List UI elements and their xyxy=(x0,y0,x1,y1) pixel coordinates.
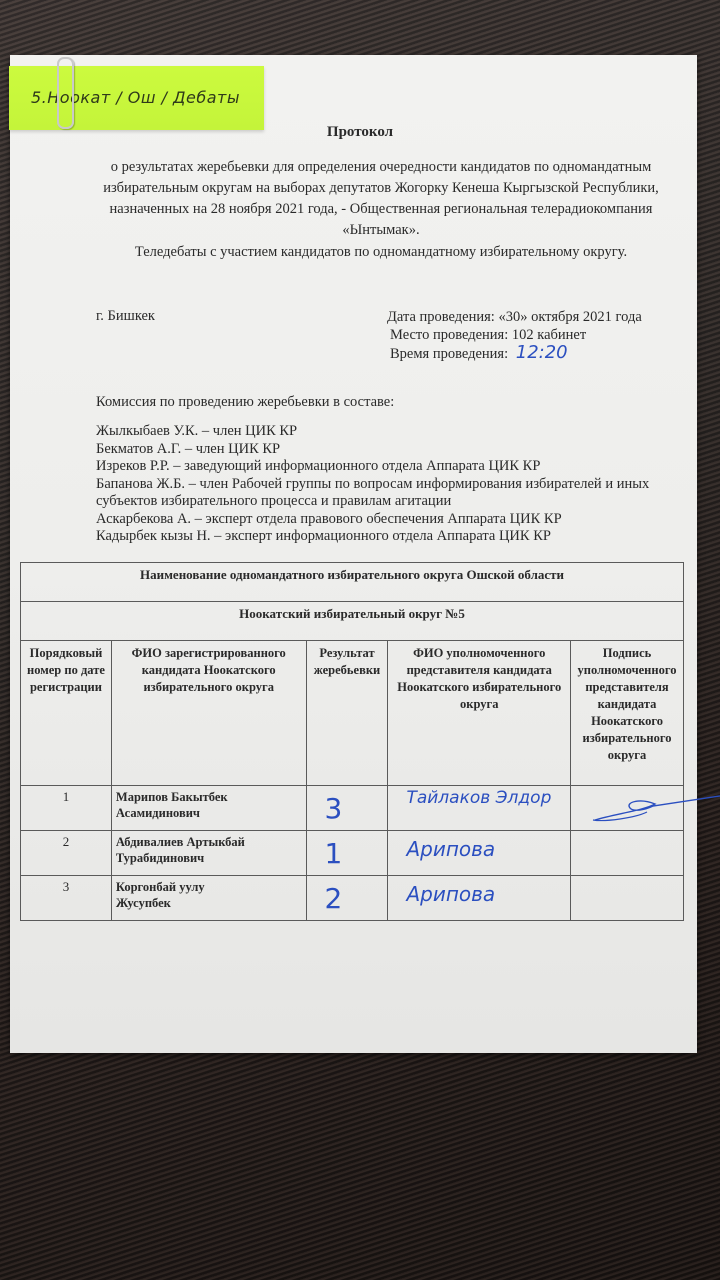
signature-icon xyxy=(585,794,720,824)
table-row: 2 Абдивалиев Артыкбай Турабидинович 1 Ар… xyxy=(21,831,684,876)
representative-name: Арипова xyxy=(388,831,571,876)
representative-handwritten: Арипова xyxy=(406,884,495,904)
draw-result: 3 xyxy=(306,786,388,831)
member-line: Аскарбекова А. – эксперт отдела правовог… xyxy=(96,511,649,529)
commission-members: Жылкыбаев У.К. – член ЦИК КР Бекматов А.… xyxy=(96,423,649,546)
time-value-handwritten: 12:20 xyxy=(516,342,568,363)
row-number: 3 xyxy=(21,876,112,921)
signature-cell xyxy=(571,876,684,921)
member-line: Бекматов А.Г. – член ЦИК КР xyxy=(96,441,649,459)
candidate-name-line: Коргонбай уулу xyxy=(116,879,306,895)
candidate-name-line: Марипов Бакытбек xyxy=(116,789,306,805)
table-row: 1 Марипов Бакытбек Асамидинович 3 Тайлак… xyxy=(21,786,684,831)
candidate-name: Абдивалиев Артыкбай Турабидинович xyxy=(111,831,306,876)
place-line: Место проведения: 102 кабинет xyxy=(387,326,642,344)
document-subtitle: Теледебаты с участием кандидатов по одно… xyxy=(90,244,672,261)
candidate-name-line: Абдивалиев Артыкбай xyxy=(116,834,306,850)
member-line: субъектов избирательного процесса и прав… xyxy=(96,493,649,511)
candidate-name-line: Жусупбек xyxy=(116,895,306,911)
row-number: 2 xyxy=(21,831,112,876)
time-line: Время проведения: 12:20 xyxy=(387,344,642,363)
draw-result-handwritten: 2 xyxy=(325,882,343,915)
table-banner-region: Наименование одномандатного избирательно… xyxy=(21,563,684,602)
representative-name: Тайлаков Элдор xyxy=(388,786,571,831)
candidate-name: Марипов Бакытбек Асамидинович xyxy=(111,786,306,831)
city: г. Бишкек xyxy=(96,308,155,325)
event-meta: Дата проведения: «30» октября 2021 года … xyxy=(387,308,642,363)
time-label: Время проведения: xyxy=(390,346,508,362)
column-header: ФИО уполномоченного представителя кандид… xyxy=(388,641,571,786)
representative-handwritten: Арипова xyxy=(406,839,495,859)
document-intro: о результатах жеребьевки для определения… xyxy=(90,157,672,241)
column-header: Порядковый номер по дате регистрации xyxy=(21,641,112,786)
signature-cell xyxy=(571,786,684,831)
date-line: Дата проведения: «30» октября 2021 года xyxy=(387,308,642,326)
signature-cell xyxy=(571,831,684,876)
candidate-name: Коргонбай уулу Жусупбек xyxy=(111,876,306,921)
table-header-row: Порядковый номер по дате регистрации ФИО… xyxy=(21,641,684,786)
representative-name: Арипова xyxy=(388,876,571,921)
draw-results-table: Наименование одномандатного избирательно… xyxy=(20,562,684,921)
member-line: Кадырбек кызы Н. – эксперт информационно… xyxy=(96,528,649,546)
candidate-name-line: Асамидинович xyxy=(116,805,306,821)
column-header: Результат жеребьевки xyxy=(306,641,388,786)
paperclip-icon xyxy=(57,57,74,129)
draw-result: 2 xyxy=(306,876,388,921)
draw-result-handwritten: 3 xyxy=(325,792,343,825)
table-row: 3 Коргонбай уулу Жусупбек 2 Арипова xyxy=(21,876,684,921)
draw-result: 1 xyxy=(306,831,388,876)
member-line: Изреков Р.Р. – заведующий информационног… xyxy=(96,458,649,476)
column-header: ФИО зарегистрированного кандидата Ноокат… xyxy=(111,641,306,786)
candidate-name-line: Турабидинович xyxy=(116,850,306,866)
representative-handwritten: Тайлаков Элдор xyxy=(406,788,551,808)
column-header: Подпись уполномоченного представителя ка… xyxy=(571,641,684,786)
sticky-note: 5.Ноокат / Ош / Дебаты xyxy=(9,66,264,130)
row-number: 1 xyxy=(21,786,112,831)
table-banner-district: Ноокатский избирательный округ №5 xyxy=(21,602,684,641)
draw-result-handwritten: 1 xyxy=(325,837,343,870)
member-line: Бапанова Ж.Б. – член Рабочей группы по в… xyxy=(96,476,649,494)
commission-title: Комиссия по проведению жеребьевки в сост… xyxy=(96,394,394,411)
member-line: Жылкыбаев У.К. – член ЦИК КР xyxy=(96,423,649,441)
